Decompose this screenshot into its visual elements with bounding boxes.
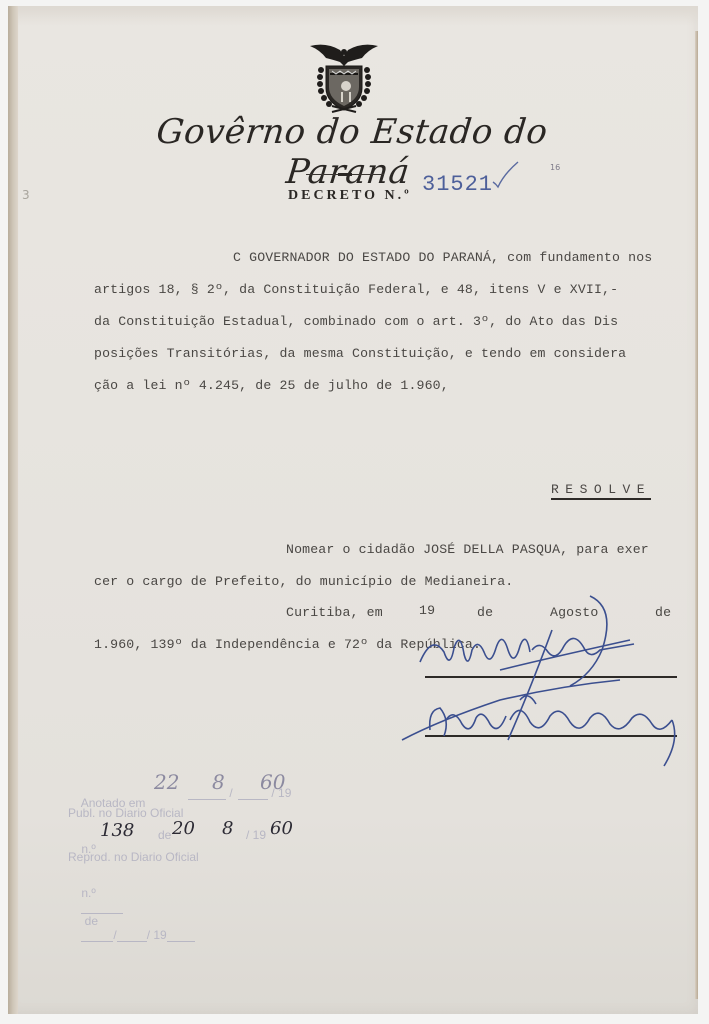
closing-place: Curitiba, em: [286, 605, 383, 620]
resolve-heading: RESOLVE: [551, 482, 651, 500]
stamp-published-label: Publ. no Diario Oficial: [68, 806, 183, 820]
stamp-blank: [117, 929, 147, 942]
stamp-de-label: de: [85, 914, 98, 928]
preamble-line-4: posições Transitórias, da mesma Constitu…: [94, 346, 626, 361]
stamp-blank: [81, 901, 123, 914]
handwritten-published-month: 8: [222, 818, 233, 839]
stamp-blank: [81, 929, 113, 942]
preamble-line-5: ção a lei nº 4.245, de 25 de julho de 1.…: [94, 378, 449, 393]
handwritten-published-year: 60: [270, 818, 293, 839]
handwritten-published-day: 20: [172, 818, 195, 839]
handwritten-annotated-day: 22: [154, 770, 179, 794]
binding-edge-left: [8, 6, 18, 1014]
margin-pencil-mark: 3: [22, 188, 30, 202]
decree-label: DECRETO N.º: [288, 188, 412, 204]
title-divider: [306, 174, 384, 175]
stamp-reproduced-no-label: n.º: [81, 886, 95, 900]
binding-edge-right: [695, 31, 698, 999]
preamble-line-2: artigos 18, § 2º, da Constituição Federa…: [94, 282, 618, 297]
governor-signature: [420, 596, 634, 740]
handwritten-signatures: [380, 590, 700, 770]
page-top-edge: [18, 6, 698, 26]
preamble-line-1: C GOVERNADOR DO ESTADO DO PARANÁ, com fu…: [233, 250, 652, 265]
check-mark-icon: [490, 160, 520, 190]
handwritten-published-no: 138: [100, 820, 134, 841]
stamp-blank: [167, 929, 195, 942]
stamp-century: 19: [253, 828, 266, 842]
handwritten-annotated-year: 60: [260, 770, 285, 794]
stamp-century: 19: [153, 928, 166, 942]
secretary-signature: [402, 680, 675, 766]
stamp-de-label: de: [158, 828, 171, 842]
decree-number-stamp: 31521: [422, 172, 493, 197]
resolution-line-1: Nomear o cidadão JOSÉ DELLA PASQUA, para…: [286, 542, 649, 557]
margin-note: 16: [550, 163, 560, 172]
resolution-line-2: cer o cargo de Prefeito, do município de…: [94, 574, 513, 589]
publication-stamp: Anotado em / / 19 Publ. no Diario Oficia…: [60, 770, 310, 900]
preamble-line-3: da Constituição Estadual, combinado com …: [94, 314, 618, 329]
stamp-reproduced-label: Reprod. no Diario Oficial: [68, 850, 199, 864]
handwritten-annotated-month: 8: [212, 770, 225, 794]
parana-coat-of-arms-icon: [306, 40, 382, 116]
